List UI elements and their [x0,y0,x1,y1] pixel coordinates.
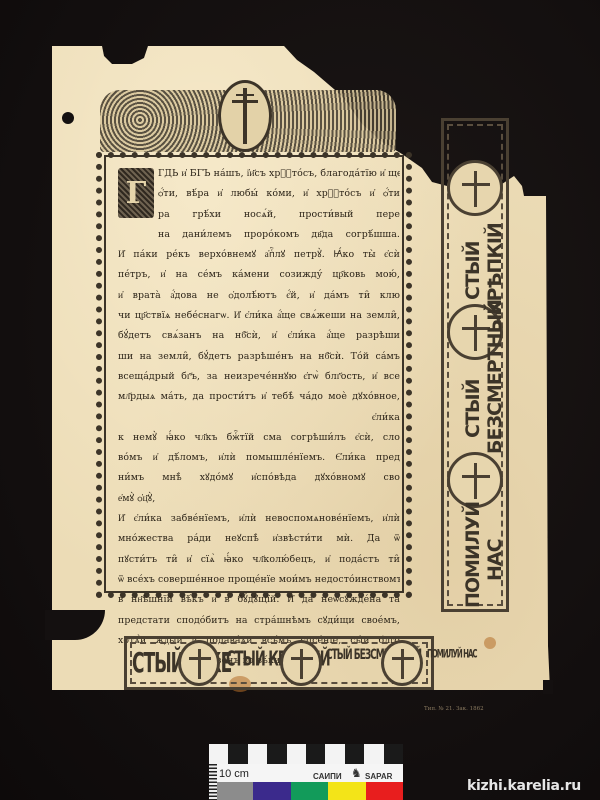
prayer-line: ра грѣ́хи носѧ́й, прости́вый пере [118,205,400,225]
prayer-line: во́мъ и҆ дѣ́ломъ, и҆лѝ помышле́нїемъ. Є҆… [118,448,400,468]
band-inscription: СТЫЙ БЕЗСМЕРТНЫЙ [462,364,492,454]
prayer-line: е҆мꙋ̀ ѻ҆ц҃ꙋ̀, [118,489,400,509]
prayer-line: мно́жества ра́ди неꙋспѣ̀ и҆звѣсти́ти мѝ.… [118,529,400,549]
red-patch [366,782,404,800]
scale-label: 10 cm [219,768,249,780]
scale-brand-left: САИПИ [313,772,342,781]
elk-logo-icon: ♞ [351,766,362,780]
prayer-line: ѻ҆́ти, вѣ́ра и҆ любы́ ко́ми, и҆ хрⷭ҇то́с… [118,184,400,204]
crucifix-medallion [381,640,423,686]
prayer-line: всеща́дрый бг҃ъ, за неизрече́ннꙋю є҆гѡ̀ … [118,367,400,387]
prayer-line: И҆ є҆ли́ка забве́нїемъ, и҆лѝ невоспомѧно… [118,509,400,529]
green-patch [291,782,329,800]
prayer-line: на дани́лемъ проро́комъ дв҃да согрѣ́шша. [118,225,400,245]
watermark: kizhi.karelia.ru [467,778,581,794]
scale-checkerboard [209,744,403,764]
band-inscription: ПОМИЛУЙ НАС [462,512,492,608]
prayer-line: чи цр҃ствїѧ небе́снагѡ. И҆ є҆ли́ка а҆́ще… [118,306,400,326]
prayer-line: пꙋсти́тъ ти̑ и҆ сїѧ̀ ꙗ҆́ко чл҃колю́бецъ,… [118,550,400,570]
crucifix-medallion [280,640,322,686]
stain [484,637,496,649]
prayer-line: предстати сподо́битъ на стра́шнѣмъ сꙋди́… [118,611,400,631]
band-inscription: ПОМИЛУЙ НАС [427,648,477,661]
grey-patch [217,782,253,800]
paper-tear-right [543,680,553,694]
prayer-line: в нн҃ѣшнїй вѣ́къ и҆ в бꙋ́дꙋщїй. И҆ да не… [118,590,400,610]
prayer-line: пе́тръ, и҆ на се́мъ ка́мени созижду́ цр҃… [118,265,400,285]
printer-imprint: Тип. № 21. Зак. 1862 [424,706,484,712]
crucifix-medallion [447,160,503,216]
prayer-line: ѿ все́хъ соверше́нное проще́нїе мои́мъ н… [118,570,400,590]
prayer-line: бꙋ́детъ свѧ́занъ на нб҃сѝ, и҆ є҆ли́ка а҆… [118,326,400,346]
prayer-line: и҆ врата̀ а҆́дова не ѻ҆долѣ́ютъ є҆́й, и҆… [118,286,400,306]
crucifix-medallion [447,452,503,508]
cross-icon [243,88,247,144]
scale-brand-right: SAPAR [365,772,392,781]
scale-ruler-ticks [209,764,217,800]
prayer-line: ни́мъ мнѣ̀ хꙋдо́мꙋ и҆спо́вѣда дꙋхо́вномꙋ… [118,468,400,488]
prayer-text: ГДЬ и҆ БГЪ на́шъ, і҆и҃съ хрⷭ҇то́съ, благ… [118,164,400,671]
prayer-line: є҆ли́ка [118,408,400,428]
prayer-line: И҆ па́ки ре́къ верхо́внемꙋ а҆пⷭ҇лꙋ петрꙋ… [118,245,400,265]
colour-calibration-scale: 10 cm САИПИ ♞ SAPAR [209,744,403,800]
colour-patches [253,782,403,800]
blue-patch [253,782,291,800]
prayer-line: ши на земли̑, бꙋ́детъ разрѣше́нъ на нб҃с… [118,347,400,367]
prayer-line: мл҃рдыѧ ма́ть, да прости́тъ и҆ тебѣ̀ ча́… [118,387,400,407]
crucifix-medallion [178,640,220,686]
prayer-line: к немꙋ̀ ꙗ҆́ко чл҃къ бжⷭ҇тїй сма согрѣши́… [118,428,400,448]
paper-hole [62,112,74,124]
prayer-line: ГДЬ и҆ БГЪ на́шъ, і҆и҃съ хрⷭ҇то́съ, благ… [118,164,400,184]
yellow-patch [328,782,366,800]
